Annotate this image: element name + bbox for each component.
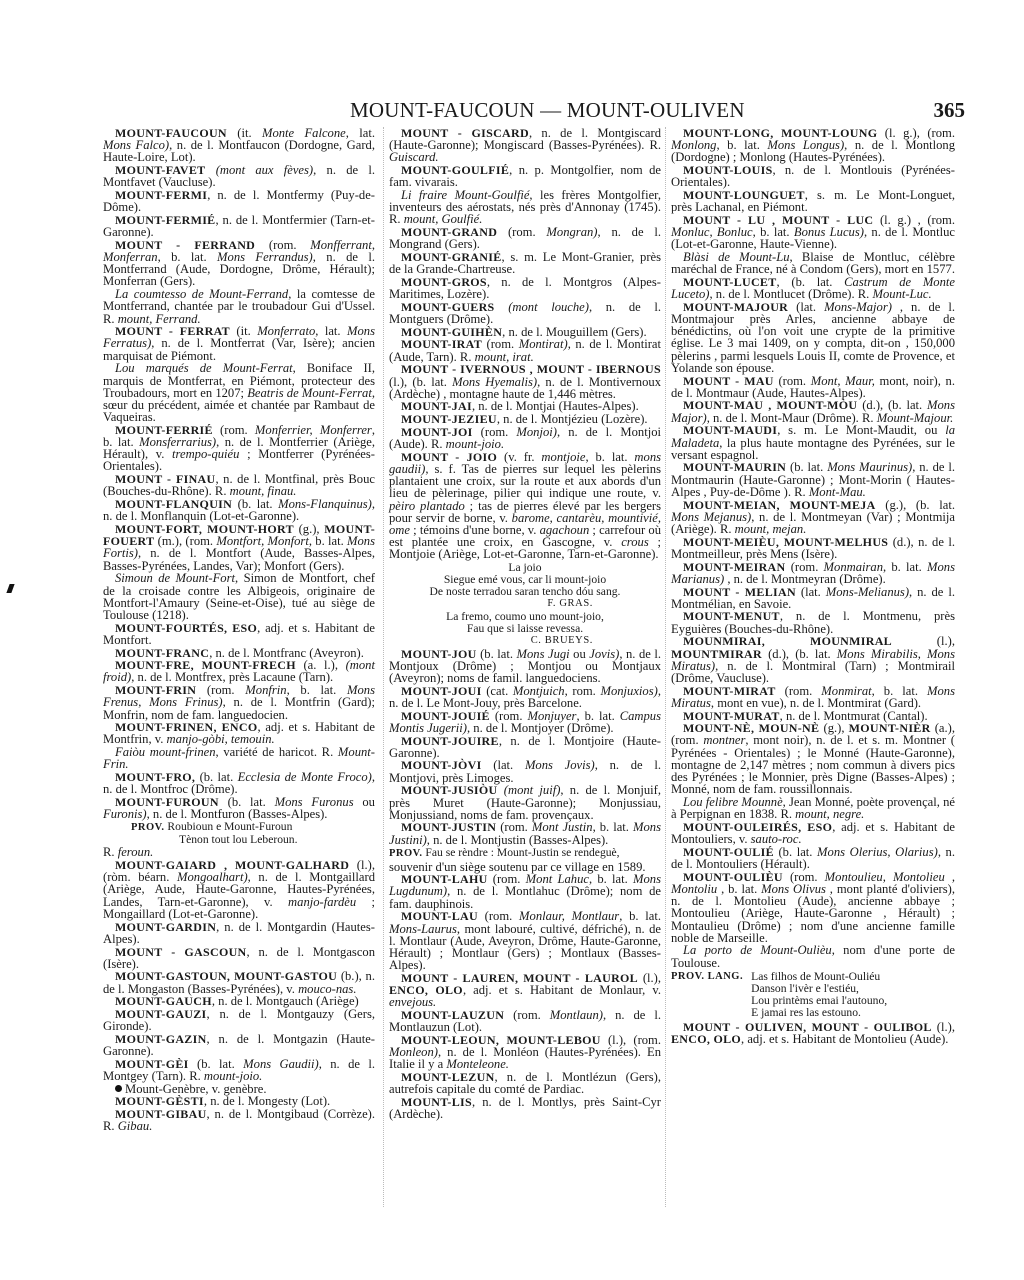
column-divider [665,127,666,1207]
dictionary-entry: MOUNT - LAUREN, MOUNT - LAUROL (l.), ENC… [389,972,661,1009]
dictionary-entry: MOUNT - FINAU, n. de l. Montfinal, près … [103,473,375,497]
dictionary-entry: MOUNT-MEIÈU, MOUNT-MELHUS (d.), n. de l.… [671,536,955,560]
dictionary-entry: Simoun de Mount-Fort, Simon de Montfort,… [103,572,375,621]
entry-text [495,300,509,314]
dictionary-entry: MOUNT-JOUIÉ (rom. Monjuyer, b. lat. Camp… [389,710,661,734]
dictionary-entry: MOUNT-FRANC, n. de l. Montfranc (Aveyron… [103,647,375,659]
dictionary-entry: MOUNT-MIRAT (rom. Monmirat, b. lat. Mons… [671,685,955,709]
verse-line: Siegue emé vous, car li mount-joio [389,574,661,586]
entry-italic: Mons-Melianus) [826,585,909,599]
verse-quotation: La joioSiegue emé vous, car li mount-joi… [389,562,661,610]
dictionary-entry: MOUNT-JAI, n. de l. Montjai (Hautes-Alpe… [389,400,661,412]
dictionary-entry: MOUNT-NÈ, MOUN-NÈ (g.), MOUNT-NIÈR (a.),… [671,722,955,795]
dictionary-entry: MOUNT-MENUT, n. de l. Montmenu, près Eyg… [671,610,955,634]
entry-italic: Mons Olerius, Olarius) [817,845,938,859]
dictionary-entry: MOUNT-MAUDI, s. m. Le Mont-Maudit, ou la… [671,424,955,461]
proverb-line: Tènon tout lou Leberoun. [131,834,375,846]
dictionary-entry: La porto de Mount-Oulièu, nom d'une port… [671,944,955,968]
entry-text: , adj. et s. Habitant de Montolieu (Aude… [741,1032,948,1046]
dictionary-entry: MOUNT-LAU (rom. Monlaur, Montlaur, b. la… [389,910,661,971]
dictionary-entry: MOUNT - FERRAND (rom. Monfferrant, Monfe… [103,239,375,288]
dictionary-entry: MOUNT-FRINEN, ENCO, adj. et s. Habitant … [103,721,375,745]
dictionary-entry: MOUNT - MELIAN (lat. Mons-Melianus), n. … [671,586,955,610]
entry-italic: (mont louche) [508,300,589,314]
dictionary-entry: MOUNT-GUIHÈN, n. de l. Mouguillem (Gers)… [389,326,661,338]
dictionary-entry: MOUNT-MEIRAN (rom. Monmairan, b. lat. Mo… [671,561,955,585]
dictionary-entry: MOUNT-FERMIÉ, n. de l. Montfermier (Tarn… [103,214,375,238]
dictionary-entry: MOUNT-LONG, MOUNT-LOUNG (l. g.), (rom. M… [671,127,955,164]
dictionary-entry: MOUNT - MAU (rom. Mont, Maur, mont, noir… [671,375,955,399]
page-number: 365 [934,98,966,123]
entry-italic: (mont aux fèves) [216,163,313,177]
entry-italic: Gibau. [118,1119,153,1133]
verse-quotation: La fremo, coumo uno mount-joio,Fau que s… [389,611,661,647]
entry-text: , n. de l. Montfort (Aude, Basses-Alpes,… [103,546,375,572]
dictionary-entry: MOUNT-MAU , MOUNT-MÒU (d.), (b. lat. Mon… [671,399,955,423]
entry-headword-variant: ENCO, OLO [671,1032,741,1046]
verse-attribution: C. BRUEYS. [389,635,661,647]
dictionary-entry: MOUNT-GIBAU, n. de l. Montgibaud (Corrèz… [103,1108,375,1132]
entry-text: (rom. [504,1008,550,1022]
entry-italic: Furonis) [103,807,147,821]
verse-line: La joio [389,562,661,574]
dictionary-entry: MOUNT-LAHU (rom. Mont Lahuc, b. lat. Mon… [389,873,661,910]
proverb-text: Fau se rèndre : Mount-Justin se rendeguè… [423,846,620,859]
dictionary-entry: MOUNT-GÈSTI, n. de l. Mongesty (Lot). [103,1095,375,1107]
entry-text: ou [354,795,375,809]
entry-italic: manjo-fardèu [288,895,356,909]
dictionary-entry: MOUNT-JÒVI (lat. Mons Jovis), n. de l. M… [389,759,661,783]
proverb-line: Danson l'ivèr e l'estiéu, [751,983,887,995]
dictionary-entry: MOUNT - OULIVEN, MOUNT - OULIBOL (l.), E… [671,1021,955,1045]
dictionary-entry: MOUNT - GASCOUN, n. de l. Montgascon (Is… [103,946,375,970]
dictionary-entry: MOUNT-LEZUN, n. de l. Montlézun (Gers), … [389,1071,661,1095]
dictionary-entry: MOUNT-JEZIEU, n. de l. Montjézieu (Lozèr… [389,413,661,425]
dictionary-entry: MOUNT-FRO, (b. lat. Ecclesia de Monte Fr… [103,771,375,795]
entry-text: , s. f. Tas de pierres sur lequel les pè… [389,462,661,500]
dictionary-entry: Blàsi de Mount-Lu, Blaise de Montluc, cé… [671,251,955,275]
dictionary-entry: MOUNT - JOIO (v. fr. montjoie, b. lat. m… [389,451,661,561]
dictionary-entry: MOUNT-MAURIN (b. lat. Mons Maurinus), n.… [671,461,955,498]
proverb-label: PROV. LANG. [671,971,743,1019]
entry-italic: Ecclesia de Monte Froco) [238,770,372,784]
proverb-line: Las filhos de Mount-Ouliéu [751,971,887,983]
entry-italic: Mons Jovis) [525,758,595,772]
dictionary-entry: MOUNT-GARDIN, n. de l. Montgardin (Haute… [103,921,375,945]
dictionary-entry: MOUNT-JUSTIN (rom. Mont Justin, b. lat. … [389,821,661,845]
dictionary-entry: MOUNT-LOUIS, n. de l. Montlouis (Pyrénée… [671,164,955,188]
dictionary-entry: MOUNT - GISCARD, n. de l. Montgiscard (H… [389,127,661,164]
verse-line: Fau que si laisse revessa. [389,623,661,635]
proverb-line: E jamai res las estouno. [751,1007,887,1019]
proverb-lines: Las filhos de Mount-OuliéuDanson l'ivèr … [751,971,887,1019]
dictionary-entry: MOUNT-JOUI (cat. Montjuich, rom. Monjuxi… [389,685,661,709]
running-title: MOUNT-FAUCOUN — MOUNT-OULIVEN [350,98,745,123]
proverb-label: PROV. [389,848,423,859]
column-middle: MOUNT - GISCARD, n. de l. Montgiscard (H… [389,127,661,1121]
dictionary-entry: MOUNT-JOU (b. lat. Mons Jugi ou Jovis), … [389,648,661,685]
proverb-label: PROV. [131,822,165,833]
dictionary-entry: MOUNT-GAUCH, n. de l. Montgauch (Ariège) [103,995,375,1007]
verse-line: La fremo, coumo uno mount-joio, [389,611,661,623]
entry-italic: Faiòu mount-frinen [115,745,216,759]
dictionary-entry: MOUNT-LAUZUN (rom. Montlaun), n. de l. M… [389,1009,661,1033]
dictionary-entry: MOUNT-GROS, n. de l. Montgros (Alpes-Mar… [389,276,661,300]
dictionary-entry: MOUNMIRAI, MOUNMIRAL (l.), MOUNTMIRAR (d… [671,635,955,684]
dictionary-entry: MOUNT - IVERNOUS , MOUNT - IBERNOUS (l.)… [389,363,661,400]
dictionary-entry: MOUNT-LEOUN, MOUNT-LEBOU (l.), (rom. Mon… [389,1034,661,1071]
proverb-line: Lou printèms emai l'autouno, [751,995,887,1007]
entry-italic: trempo-quiéu [172,447,239,461]
dictionary-entry: MOUNT-FORT, MOUNT-HORT (g.), MOUNT-FOUER… [103,523,375,572]
entry-italic: Mongran) [546,225,597,239]
dictionary-entry: MOUNT - LU , MOUNT - LUC (l. g.) , (rom.… [671,214,955,251]
proverb: PROV. Fau se rèndre : Mount-Justin se re… [389,846,661,872]
proverb-line: Roubioun e Mount-Furoun [165,820,293,833]
dictionary-entry: MOUNT-FAUCOUN (it. Monte Falcone, lat. M… [103,127,375,164]
dictionary-entry: MOUNT - FERRAT (it. Monferrato, lat. Mon… [103,325,375,362]
page-header: MOUNT-FAUCOUN — MOUNT-OULIVEN 365 [95,98,965,126]
dictionary-entry: Lou felibre Mounnè, Jean Monné, poète pr… [671,796,955,820]
dictionary-entry: MOUNT-FRIN (rom. Monfrin, b. lat. Mons F… [103,684,375,721]
dictionary-entry: MOUNT-GAIARD , MOUNT-GALHARD (l.), (ròm.… [103,859,375,920]
dictionary-entry: MOUNT-FOURTÉS, ESO, adj. et s. Habitant … [103,622,375,646]
dictionary-entry: Faiòu mount-frinen, variété de haricot. … [103,746,375,770]
entry-italic: Montlaun) [550,1008,603,1022]
dictionary-entry: MOUNT-GÈI (b. lat. Mons Gaudii), n. de l… [103,1058,375,1082]
entry-text: , n. de l. Montmajour près Arles, ancien… [671,300,955,375]
dictionary-entry: MOUNT-GRANIÉ, s. m. Le Mont-Granier, prè… [389,251,661,275]
dictionary-entry: MOUNT-GOULFIÉ, n. p. Montgolfier, nom de… [389,164,661,188]
dictionary-entry: Mount-Genèbre, v. genèbre. [103,1083,375,1095]
dictionary-entry: MOUNT-MURAT, n. de l. Montmurat (Cantal)… [671,710,955,722]
dictionary-entry: MOUNT-GASTOUN, MOUNT-GASTOU (b.), n. de … [103,970,375,994]
margin-ink-mark [6,584,14,593]
dictionary-entry: MOUNT-GUERS (mont louche), n. de l. Mont… [389,301,661,325]
dictionary-entry: MOUNT-LOUNGUET, s. m. Le Mont-Longuet, p… [671,189,955,213]
bullet-icon [115,1085,122,1092]
verse-attribution: F. GRAS. [389,598,661,610]
entry-italic: Monjoi) [516,425,557,439]
dictionary-entry: MOUNT-FERMI, n. de l. Montfermy (Puy-de-… [103,189,375,213]
dictionary-entry: MOUNT-JOUIRE, n. de l. Montjoire (Haute-… [389,735,661,759]
entry-text: , variété de haricot. R. [216,745,338,759]
dictionary-entry: MOUNT-MAJOUR (lat. Mons-Major) , n. de l… [671,301,955,374]
dictionary-entry: MOUNT-OULEIRÉS, ESO, adj. et s. Habitant… [671,821,955,845]
column-left: MOUNT-FAUCOUN (it. Monte Falcone, lat. M… [103,127,375,1133]
entry-text: (lat. [796,585,826,599]
dictionary-entry: MOUNT-IRAT (rom. Montirat), n. de l. Mon… [389,338,661,362]
dictionary-entry: MOUNT-OULIÉ (b. lat. Mons Olerius, Olari… [671,846,955,870]
dictionary-entry: MOUNT-GRAND (rom. Mongran), n. de l. Mon… [389,226,661,250]
column-divider [383,127,384,1207]
dictionary-entry: MOUNT-JOI (rom. Monjoi), n. de l. Montjo… [389,426,661,450]
proverb: PROV. LANG.Las filhos de Mount-OuliéuDan… [671,971,955,1019]
dictionary-entry: MOUNT-FRE, MOUNT-FRECH (a. l.), (mont fr… [103,659,375,683]
dictionary-entry: MOUNT-OULIÈU (rom. Montoulieu, Montolieu… [671,871,955,944]
entry-text: , n. de l. Montjustin (Basses-Alpes). [427,833,609,847]
dictionary-entry: MOUNT-GAUZI, n. de l. Montgauzy (Gers, G… [103,1008,375,1032]
proverb: PROV. Roubioun e Mount-FurounTènon tout … [103,821,375,846]
dictionary-entry: MOUNT-MEIAN, MOUNT-MEJA (g.), (b. lat. M… [671,499,955,536]
dictionary-entry: MOUNT-JUSIÒU (mont juif), n. de l. Monju… [389,784,661,821]
dictionary-entry: MOUNT-FUROUN (b. lat. Mons Furonus ou Fu… [103,796,375,820]
dictionary-entry: MOUNT-GAZIN, n. de l. Montgazin (Haute-G… [103,1033,375,1057]
entry-text: (rom. [497,225,546,239]
dictionary-entry: MOUNT-FERRIÉ (rom. Monferrier, Monferrer… [103,424,375,473]
entry-italic: Monjuxios) [600,684,657,698]
dictionary-entry: MOUNT-LIS, n. de l. Montlys, près Saint-… [389,1096,661,1120]
dictionary-columns: MOUNT-FAUCOUN (it. Monte Falcone, lat. M… [103,127,961,1217]
dictionary-entry: La coumtesso de Mount-Ferrand, la comtes… [103,288,375,325]
verse-line: De noste terradou saran tencho dóu sang. [389,586,661,598]
dictionary-entry: Li fraire Mount-Goulfié, les frères Mont… [389,189,661,226]
entry-text: , b. lat. [883,560,927,574]
entry-text: , adj. et s. Habitant de Monlaur, v. [463,983,661,997]
dictionary-entry: MOUNT-FAVET (mont aux fèves), n. de l. M… [103,164,375,188]
column-right: MOUNT-LONG, MOUNT-LOUNG (l. g.), (rom. M… [671,127,955,1046]
dictionary-entry: MOUNT-FLANQUIN (b. lat. Mons-Flanquinus)… [103,498,375,522]
dictionary-entry: R. feroun. [103,846,375,858]
dictionary-entry: Lou marqués de Mount-Ferrat, Boniface II… [103,362,375,423]
dictionary-entry: MOUNT-LUCET, (b. lat. Castrum de Monte L… [671,276,955,300]
